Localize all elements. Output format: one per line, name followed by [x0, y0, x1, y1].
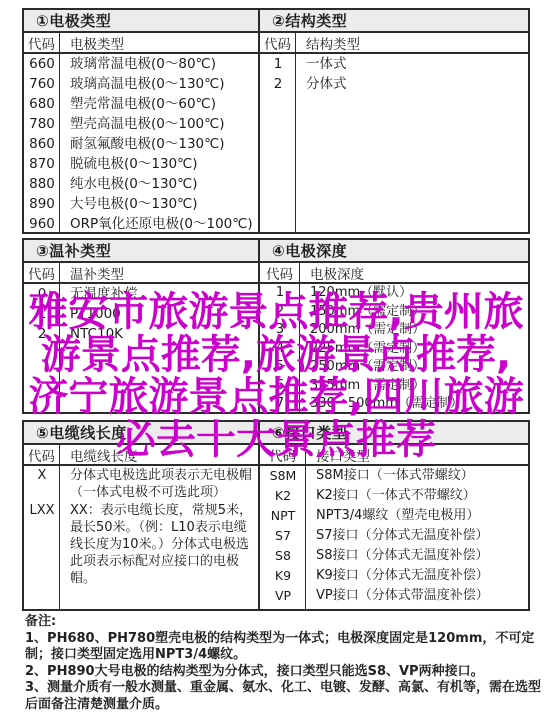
- row-label: PT1000: [60, 304, 258, 324]
- row-code: 760: [24, 74, 60, 94]
- table-row: 5250mm（需定制）: [260, 358, 528, 377]
- table-row: K2K2接口（一体式不带螺纹）: [260, 486, 528, 506]
- spec-sheet-page: ①电极类型 代码 电极类型 660玻璃常温电极(0～80℃)760玻璃高温电极(…: [0, 0, 552, 719]
- connector-type-header: 代码 接口类型: [260, 445, 528, 466]
- table-row: 2150mm（需定制）: [260, 303, 528, 322]
- row-code: S8M: [260, 466, 306, 486]
- column-header-label: 结构类型: [296, 33, 528, 52]
- row-code: 960: [24, 214, 60, 232]
- table-row: S8MS8M接口（一体式带螺纹）: [260, 466, 528, 486]
- row-label: 330～500mm（需定制）: [300, 395, 528, 412]
- row-label: NPT3/4螺纹（塑壳电极用）: [306, 506, 528, 526]
- notes-heading: 备注:: [25, 614, 545, 631]
- row-code: X: [24, 467, 60, 501]
- table-row: 1一体式: [260, 54, 528, 74]
- column-header-code: 代码: [260, 445, 306, 464]
- row-code: 860: [24, 134, 60, 154]
- row-label: 塑壳高温电极(0～100℃): [60, 114, 258, 134]
- row-label: 250mm（需定制）: [300, 358, 528, 377]
- row-label: S7接口（分体式无温度补偿）: [306, 526, 528, 546]
- row-code: 3: [260, 321, 300, 340]
- cable-length-header: 代码 电缆线长度: [24, 445, 258, 466]
- row-label: 225mm（需定制）: [300, 340, 528, 359]
- row-label: 分体式: [296, 74, 528, 94]
- electrode-type-rows: 660玻璃常温电极(0～80℃)760玻璃高温电极(0～130℃)680塑壳常温…: [24, 54, 258, 232]
- row-label: 120mm（默认）: [300, 284, 528, 303]
- row-code: NPT: [260, 506, 306, 526]
- table-row: 0无温度补偿: [24, 284, 258, 304]
- row-code: 780: [24, 114, 60, 134]
- section-electrode-and-structure: ①电极类型 代码 电极类型 660玻璃常温电极(0～80℃)760玻璃高温电极(…: [22, 8, 530, 234]
- temp-comp-rows: 0无温度补偿1PT10002NTC10K: [24, 284, 258, 412]
- table-row: 780塑壳高温电极(0～100℃): [24, 114, 258, 134]
- row-label: 玻璃常温电极(0～80℃): [60, 54, 258, 74]
- row-code: 680: [24, 94, 60, 114]
- table-row: 760玻璃高温电极(0～130℃): [24, 74, 258, 94]
- table-row: LXXXX：表示电缆长度，常规5米，最长50米。（例：L10表示电缆线长度为10…: [24, 501, 258, 587]
- column-header-label: 电缆线长度: [60, 445, 258, 464]
- table-row: 890大号电极(0～130℃): [24, 194, 258, 214]
- row-label: 纯水电极(0～130℃): [60, 174, 258, 194]
- table-row: 880纯水电极(0～130℃): [24, 174, 258, 194]
- table-row: 860耐氢氟酸电极(0～130℃): [24, 134, 258, 154]
- row-code: 890: [24, 194, 60, 214]
- row-code: 7: [260, 395, 300, 412]
- electrode-depth-header: 代码 电极深度: [260, 263, 528, 284]
- cable-length-table: ⑤电缆线长度 代码 电缆线长度 X分体式电极选此项表示无电极帽（一体式电极不可选…: [24, 422, 258, 609]
- row-code: 5: [260, 358, 300, 377]
- row-code: 660: [24, 54, 60, 74]
- temp-comp-header: 代码 温补类型: [24, 263, 258, 284]
- row-code: 1: [24, 304, 60, 324]
- table-row: 680塑壳常温电极(0～60℃): [24, 94, 258, 114]
- structure-type-title: ②结构类型: [260, 10, 528, 33]
- row-code: 0: [24, 284, 60, 304]
- electrode-depth-title: ④电极深度: [260, 240, 528, 263]
- row-label: 大号电极(0～130℃): [60, 194, 258, 214]
- row-code: 1: [260, 284, 300, 303]
- row-code: K9: [260, 566, 306, 586]
- row-label: 塑壳常温电极(0～60℃): [60, 94, 258, 114]
- table-row: 1PT1000: [24, 304, 258, 324]
- table-row: 2NTC10K: [24, 324, 258, 344]
- row-label: 一体式: [296, 54, 528, 74]
- section-tempcomp-and-depth: ③温补类型 代码 温补类型 0无温度补偿1PT10002NTC10K ④电极深度…: [22, 238, 530, 414]
- note-item-1: 1、PH680、PH780塑壳电极的结构类型为一体式；电极深度固定是120mm，…: [25, 631, 545, 664]
- electrode-type-title: ①电极类型: [24, 10, 258, 33]
- row-label: 200mm（需定制）: [300, 321, 528, 340]
- table-row: 2分体式: [260, 74, 528, 94]
- column-header-code: 代码: [24, 33, 60, 52]
- table-row: 7330～500mm（需定制）: [260, 395, 528, 412]
- connector-type-table: ⑥接口类型 代码 接口类型 S8MS8M接口（一体式带螺纹）K2K2接口（一体式…: [258, 422, 528, 609]
- row-label: K2接口（一体式不带螺纹）: [306, 486, 528, 506]
- connector-type-rows: S8MS8M接口（一体式带螺纹）K2K2接口（一体式不带螺纹）NPTNPT3/4…: [260, 466, 528, 609]
- row-code: 2: [24, 324, 60, 344]
- row-label: 耐氢氟酸电极(0～130℃): [60, 134, 258, 154]
- row-code: 870: [24, 154, 60, 174]
- column-header-code: 代码: [260, 33, 296, 52]
- row-code: VP: [260, 586, 306, 606]
- electrode-depth-table: ④电极深度 代码 电极深度 1120mm（默认）2150mm（需定制）3200m…: [258, 240, 528, 412]
- row-code: 2: [260, 74, 296, 94]
- row-code: LXX: [24, 502, 60, 587]
- electrode-depth-rows: 1120mm（默认）2150mm（需定制）3200mm（需定制）4225mm（需…: [260, 284, 528, 412]
- row-code: 2: [260, 303, 300, 322]
- row-label: 无温度补偿: [60, 284, 258, 304]
- row-code: 880: [24, 174, 60, 194]
- table-row: S8S8接口（分体式无温度补偿）: [260, 546, 528, 566]
- structure-type-rows: 1一体式2分体式: [260, 54, 528, 232]
- row-label: XX：表示电缆长度，常规5米，最长50米。（例：L10表示电缆线长度为10米。）…: [60, 502, 258, 587]
- column-header-code: 代码: [24, 263, 60, 282]
- footer-notes: 备注: 1、PH680、PH780塑壳电极的结构类型为一体式；电极深度固定是12…: [25, 614, 545, 713]
- row-label: K9接口（分体式无温度补偿）: [306, 566, 528, 586]
- column-header-label: 接口类型: [306, 445, 528, 464]
- column-header-code: 代码: [24, 445, 60, 464]
- table-row: 4225mm（需定制）: [260, 340, 528, 359]
- row-label: VP接口（分体式带温度补偿）: [306, 586, 528, 606]
- table-row: 6325mm（需定制）: [260, 377, 528, 396]
- temp-comp-title: ③温补类型: [24, 240, 258, 263]
- temp-comp-table: ③温补类型 代码 温补类型 0无温度补偿1PT10002NTC10K: [24, 240, 258, 412]
- electrode-type-table: ①电极类型 代码 电极类型 660玻璃常温电极(0～80℃)760玻璃高温电极(…: [24, 10, 258, 232]
- row-code: S8: [260, 546, 306, 566]
- table-row: 660玻璃常温电极(0～80℃): [24, 54, 258, 74]
- note-item-2: 2、PH890大号电极的结构类型为分体式，接口类型只能选S8、VP两种接口。: [25, 664, 545, 681]
- row-code: 1: [260, 54, 296, 74]
- table-row: X分体式电极选此项表示无电极帽（一体式电极不可选此项）: [24, 466, 258, 501]
- row-code: S7: [260, 526, 306, 546]
- row-label: 325mm（需定制）: [300, 377, 528, 396]
- column-header-label: 温补类型: [60, 263, 258, 282]
- row-label: 玻璃高温电极(0～130℃): [60, 74, 258, 94]
- table-row: 3200mm（需定制）: [260, 321, 528, 340]
- table-row: K9K9接口（分体式无温度补偿）: [260, 566, 528, 586]
- row-label: 150mm（需定制）: [300, 303, 528, 322]
- cable-length-rows: X分体式电极选此项表示无电极帽（一体式电极不可选此项）LXXXX：表示电缆长度，…: [24, 466, 258, 609]
- row-label: 脱硫电极(0～130℃): [60, 154, 258, 174]
- electrode-type-header: 代码 电极类型: [24, 33, 258, 54]
- table-row: 1120mm（默认）: [260, 284, 528, 303]
- table-row: NPTNPT3/4螺纹（塑壳电极用）: [260, 506, 528, 526]
- note-item-3: 3、测量介质有一般水测量、重金属、氨水、化工、电镀、发酵、高氯、有机等，需在选型…: [25, 680, 545, 713]
- row-label: ORP氧化还原电极(0～100℃): [60, 214, 258, 232]
- column-header-code: 代码: [260, 263, 300, 282]
- structure-type-table: ②结构类型 代码 结构类型 1一体式2分体式: [258, 10, 528, 232]
- connector-type-title: ⑥接口类型: [260, 422, 528, 445]
- structure-type-header: 代码 结构类型: [260, 33, 528, 54]
- table-row: S7S7接口（分体式无温度补偿）: [260, 526, 528, 546]
- column-header-label: 电极深度: [300, 263, 528, 282]
- table-row: VPVP接口（分体式带温度补偿）: [260, 586, 528, 606]
- row-label: NTC10K: [60, 324, 258, 344]
- row-code: 4: [260, 340, 300, 359]
- table-row: 960ORP氧化还原电极(0～100℃): [24, 214, 258, 232]
- table-row: 870脱硫电极(0～130℃): [24, 154, 258, 174]
- row-label: S8M接口（一体式带螺纹）: [306, 466, 528, 486]
- column-header-label: 电极类型: [60, 33, 258, 52]
- row-label: 分体式电极选此项表示无电极帽（一体式电极不可选此项）: [60, 467, 258, 501]
- row-code: K2: [260, 486, 306, 506]
- cable-length-title: ⑤电缆线长度: [24, 422, 258, 445]
- row-code: 6: [260, 377, 300, 396]
- row-label: S8接口（分体式无温度补偿）: [306, 546, 528, 566]
- section-cable-and-connector: ⑤电缆线长度 代码 电缆线长度 X分体式电极选此项表示无电极帽（一体式电极不可选…: [22, 420, 530, 611]
